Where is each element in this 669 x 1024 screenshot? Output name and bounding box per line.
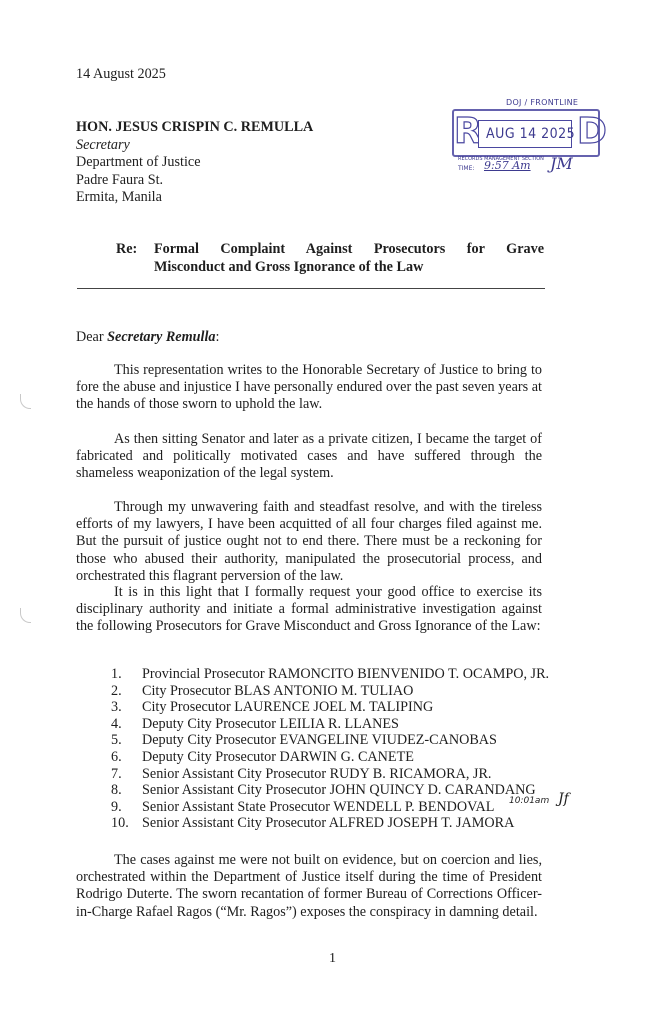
salutation-name: Secretary Remulla	[107, 329, 215, 345]
list-number: 6.	[111, 749, 122, 766]
stamp-time-label: TIME:	[458, 165, 474, 172]
subject-divider	[77, 288, 545, 289]
list-number: 2.	[111, 683, 122, 700]
recipient-street: Padre Faura St.	[76, 172, 313, 190]
recipient-address: HON. JESUS CRISPIN C. REMULLA Secretary …	[76, 119, 313, 207]
paragraph: Through my unwavering faith and steadfas…	[76, 499, 542, 585]
handwritten-time: 10:01am	[509, 796, 549, 806]
list-text: Deputy City Prosecutor EVANGELINE VIUDEZ…	[142, 732, 497, 749]
received-stamp: DOJ / FRONTLINE R D AUG 14 2025 RECORDS …	[450, 98, 600, 188]
stamp-signature: JM	[550, 154, 573, 173]
list-text: Deputy City Prosecutor LEILIA R. LLANES	[142, 716, 399, 733]
salutation: Dear Secretary Remulla:	[76, 329, 219, 346]
list-text: Senior Assistant City Prosecutor JOHN QU…	[142, 782, 536, 799]
paragraph: As then sitting Senator and later as a p…	[76, 431, 542, 483]
closing-paragraph: The cases against me were not built on e…	[76, 852, 542, 921]
stamp-time-value: 9:57 Am	[484, 159, 531, 172]
handwritten-initials: Jf	[558, 791, 569, 807]
list-number: 1.	[111, 666, 122, 683]
recipient-office: Department of Justice	[76, 154, 313, 172]
recipient-title: Secretary	[76, 137, 313, 155]
list-number: 10.	[111, 815, 129, 832]
paragraph: It is in this light that I formally requ…	[76, 584, 542, 636]
list-text: Deputy City Prosecutor DARWIN G. CANETE	[142, 749, 414, 766]
stamp-date: AUG 14 2025	[486, 126, 575, 142]
salutation-prefix: Dear	[76, 329, 107, 345]
recipient-city: Ermita, Manila	[76, 189, 313, 207]
list-number: 9.	[111, 799, 122, 816]
list-number: 8.	[111, 782, 122, 799]
subject-label: Re:	[116, 240, 137, 258]
margin-mark	[20, 394, 31, 409]
list-text: Provincial Prosecutor RAMONCITO BIENVENI…	[142, 666, 549, 683]
stamp-header: DOJ / FRONTLINE	[506, 98, 578, 107]
list-text: City Prosecutor LAURENCE JOEL M. TALIPIN…	[142, 699, 433, 716]
subject-line-2: Misconduct and Gross Ignorance of the La…	[154, 258, 423, 276]
list-number: 5.	[111, 732, 122, 749]
list-text: Senior Assistant City Prosecutor ALFRED …	[142, 815, 514, 832]
salutation-suffix: :	[216, 329, 220, 345]
list-text: City Prosecutor BLAS ANTONIO M. TULIAO	[142, 683, 413, 700]
margin-mark	[20, 608, 31, 623]
list-text: Senior Assistant City Prosecutor RUDY B.…	[142, 766, 491, 783]
recipient-name: HON. JESUS CRISPIN C. REMULLA	[76, 119, 313, 137]
paragraph: This representation writes to the Honora…	[76, 362, 542, 414]
stamp-letter-d: D	[577, 112, 607, 152]
list-number: 7.	[111, 766, 122, 783]
page-number: 1	[329, 951, 336, 967]
list-number: 4.	[111, 716, 122, 733]
letter-date: 14 August 2025	[76, 66, 166, 83]
list-text: Senior Assistant State Prosecutor WENDEL…	[142, 799, 494, 816]
subject-line-1: Formal Complaint Against Prosecutors for…	[154, 240, 544, 258]
list-number: 3.	[111, 699, 122, 716]
